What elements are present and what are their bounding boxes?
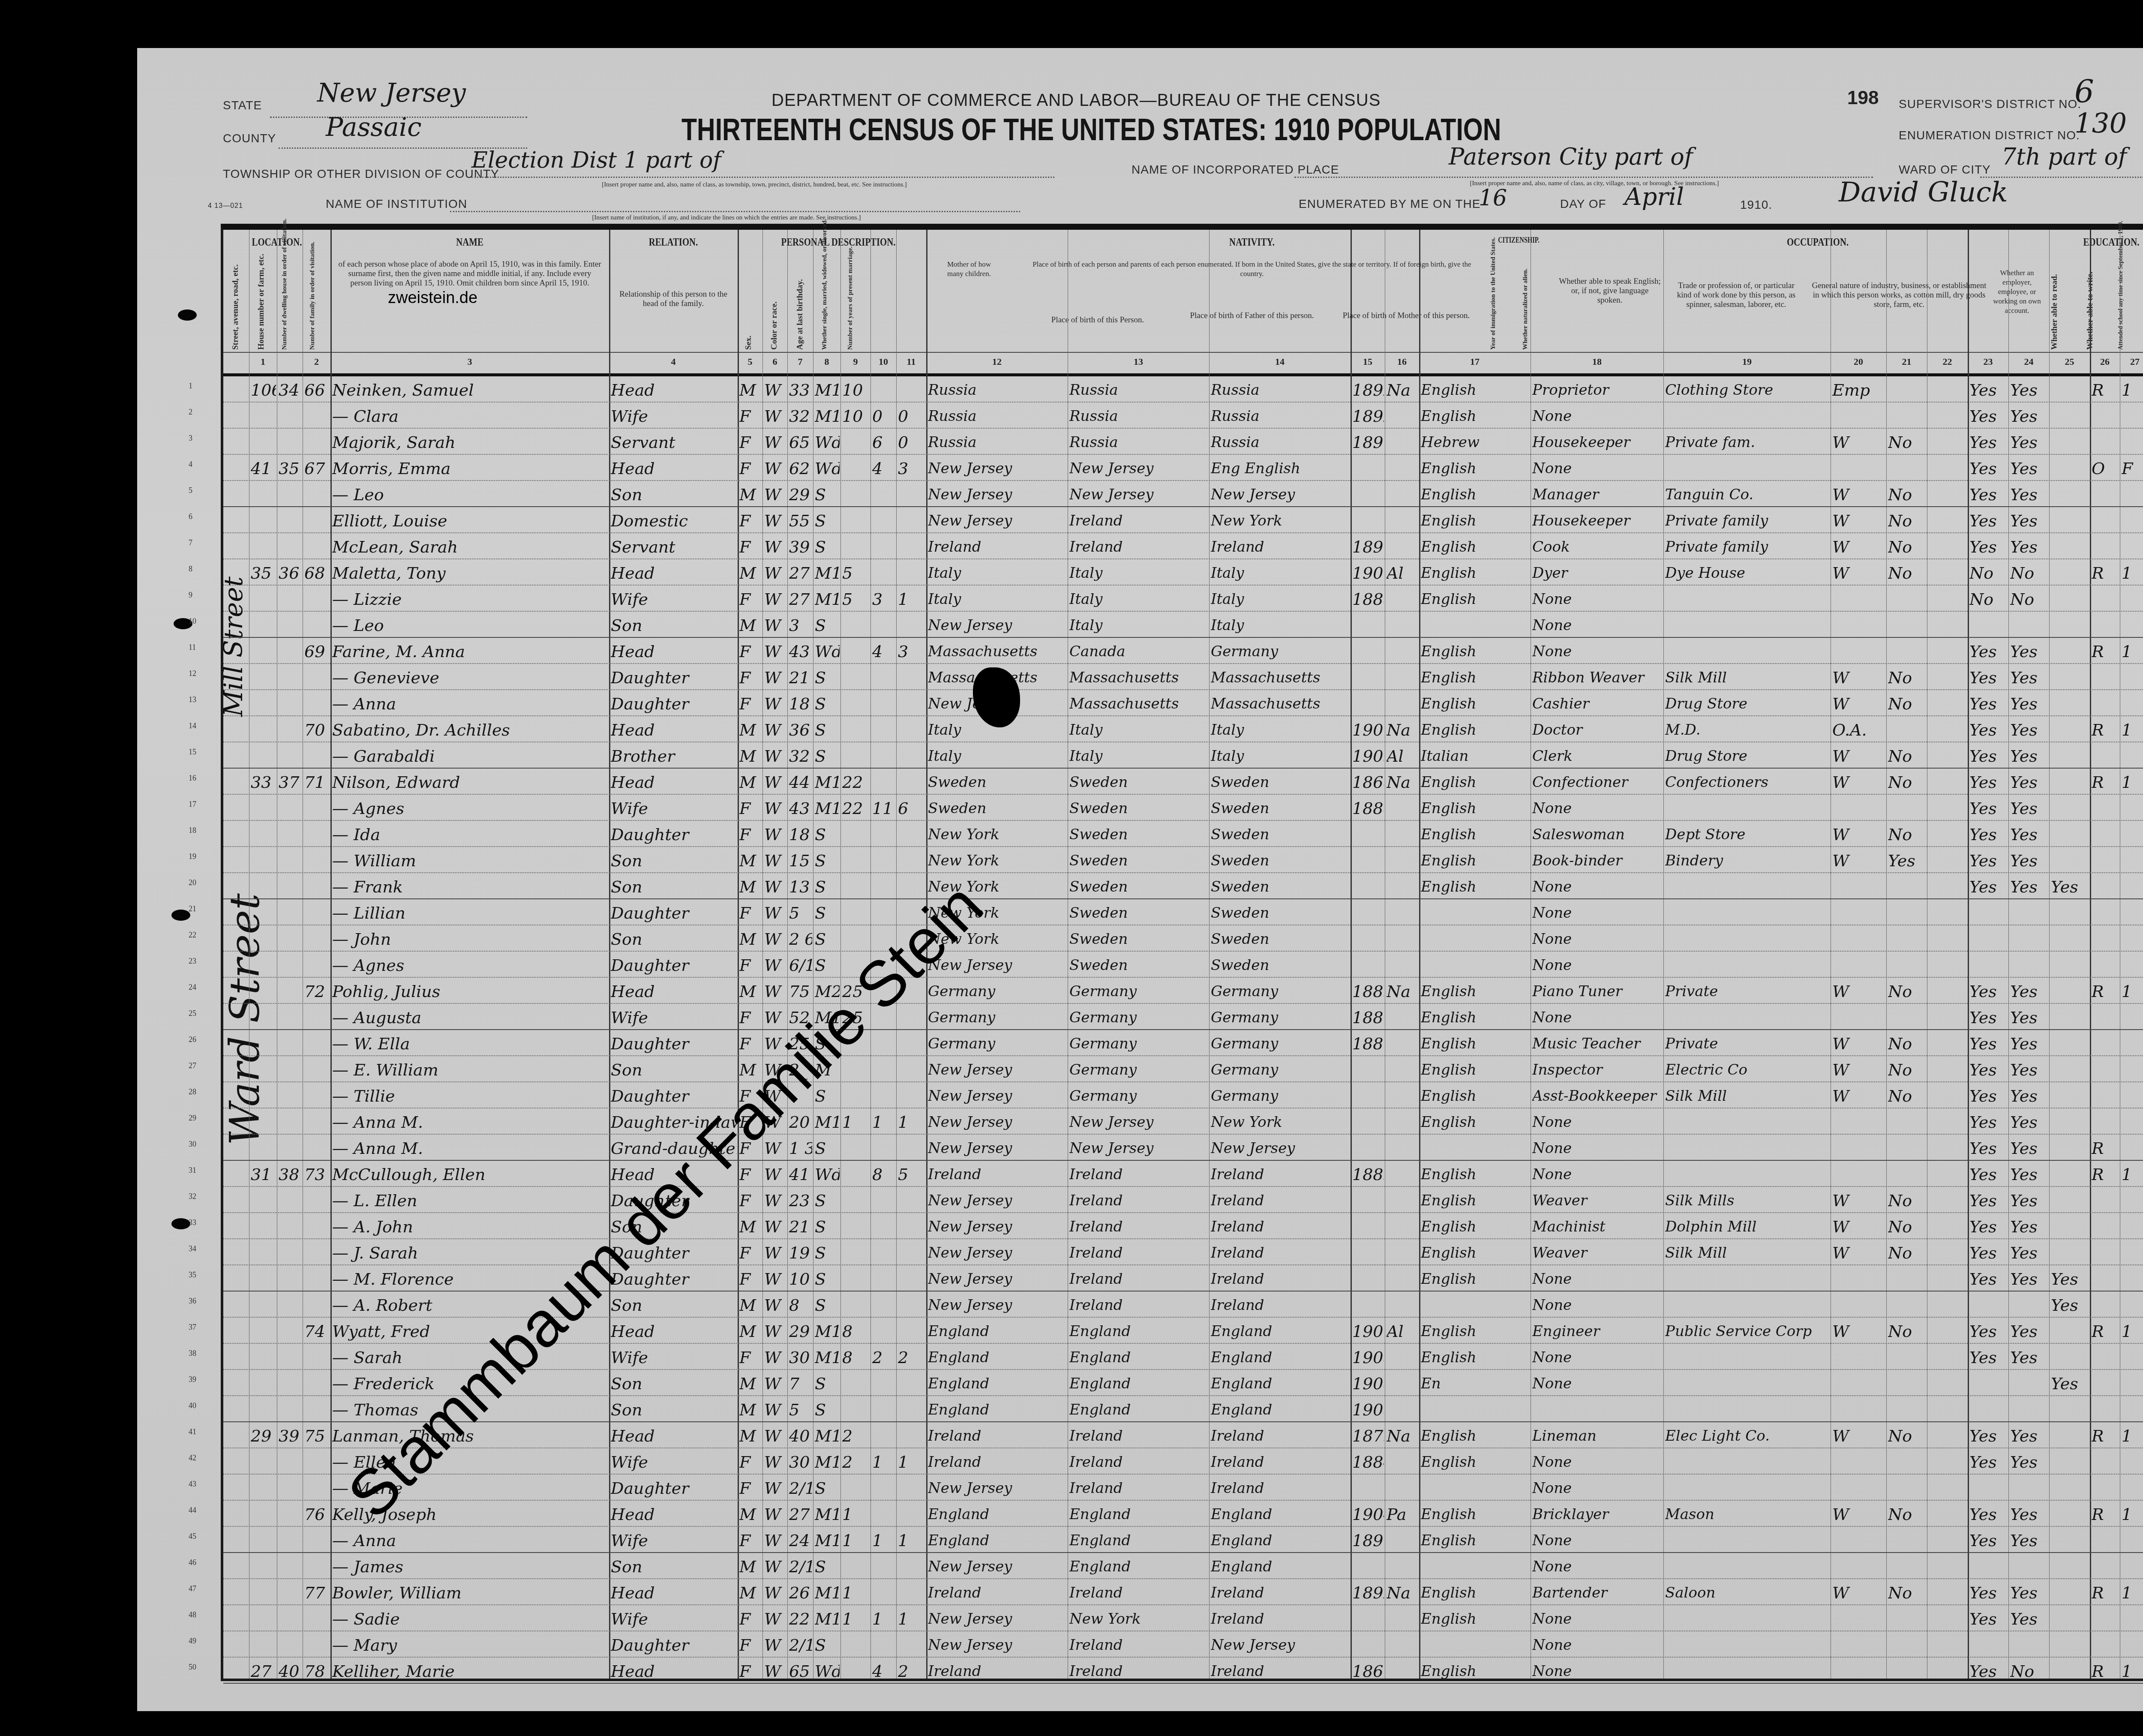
cell-nat [1387,823,1418,847]
cell-years-married: 10 [842,378,870,402]
cell-relation: Head [611,1581,737,1605]
cell-school [2051,849,2089,873]
cell-name: — L. Ellen [332,1189,608,1213]
header-read: Whether able to read. [2050,264,2059,350]
cell-pob-mother: Germany [1211,1084,1350,1108]
cell-sex: M [739,1293,762,1317]
cell-house [251,1215,276,1239]
column-number: 23 [1968,356,2008,367]
cell-age: 8 [789,1293,812,1317]
left-line-number: 16 [189,774,196,783]
cell-family [304,1084,330,1108]
cell-family [304,1346,330,1370]
cell-out: No [1888,666,1926,690]
cell-dwelling [279,587,302,611]
cell-pob-father: New Jersey [1069,457,1208,481]
cell-industry: Dye House [1665,561,1830,585]
cell-race: W [764,404,786,428]
cell-sex: F [739,535,762,559]
cell-pob: Ireland [928,1450,1067,1474]
cell-dwelling [279,1476,302,1500]
cell-house [251,875,276,899]
cell-nat [1387,953,1418,977]
cell-free: 1 [2122,1659,2143,1683]
cell-dwelling [279,509,302,533]
cell-family [304,1607,330,1631]
cell-years-married: 5 [842,587,870,611]
cell-born [872,1581,895,1605]
cell-age: 43 [789,796,812,820]
cell-immig [1352,1267,1384,1291]
cell-pob-father: Italy [1069,561,1208,585]
cell-english: English [1421,1058,1530,1082]
left-line-number: 14 [189,721,196,730]
left-line-number: 5 [189,486,192,495]
cell-living: 6 [898,796,925,820]
cell-nat [1387,509,1418,533]
cell-write: Yes [2010,1529,2048,1553]
left-line-number: 49 [189,1637,196,1646]
cell-trade: Machinist [1532,1215,1663,1239]
cell-school [2051,1032,2089,1056]
cell-free [2122,483,2143,507]
cell-read: Yes [1969,666,2008,690]
cell-out [1888,1633,1926,1657]
cell-family: 71 [304,770,330,794]
cell-free: 1 [2122,1424,2143,1448]
state-value: New Jersey [317,78,466,108]
cell-relation: Head [611,1319,737,1343]
cell-name: Majorik, Sarah [332,430,608,454]
cell-sex: F [739,509,762,533]
cell-race: W [764,901,786,925]
cell-school [2051,1633,2089,1657]
cell-pob-father: Russia [1069,430,1208,454]
cell-own: R [2092,1424,2119,1448]
cell-born [872,378,895,402]
cell-immig: 1904 [1352,1502,1384,1526]
cell-industry: Silk Mills [1665,1189,1830,1213]
cell-relation: Daughter [611,953,737,977]
column-number: 7 [787,356,813,367]
cell-relation: Head [611,1659,737,1683]
cell-age: 3 [789,613,812,637]
cell-race: W [764,457,786,481]
cell-name: — Anna [332,692,608,716]
cell-nat [1387,1084,1418,1108]
header-mother-group: Mother of how many children. [943,260,995,279]
left-line-number: 42 [189,1454,196,1463]
column-number: 6 [762,356,787,367]
cell-pob-father: Ireland [1069,1267,1208,1291]
left-line-number: 17 [189,800,196,809]
cell-nat [1387,457,1418,481]
cell-pob-mother: England [1211,1372,1350,1396]
cell-race: W [764,640,786,664]
cell-trade: None [1532,796,1663,820]
cell-dwelling [279,1136,302,1160]
cell-write: Yes [2010,692,2048,716]
cell-name: McCullough, Ellen [332,1162,608,1186]
left-line-number: 26 [189,1035,196,1044]
cell-race: W [764,535,786,559]
cell-english: English [1421,483,1530,507]
cell-english: English [1421,796,1530,820]
cell-write: Yes [2010,1319,2048,1343]
cell-school [2051,483,2089,507]
left-line-number: 15 [189,748,196,757]
cell-free: 1 [2122,1319,2143,1343]
table-row: — Anna M.Grand-daughterFW1 3/12SNew Jers… [223,1134,2143,1162]
column-number: 2 [303,356,330,367]
cell-read [1969,953,2008,977]
cell-pob-father: Ireland [1069,1450,1208,1474]
cell-school [2051,1398,2089,1422]
cell-free [2122,1346,2143,1370]
cell-dwelling [279,483,302,507]
cell-family [304,1398,330,1422]
cell-marital: M1 [815,1319,840,1343]
cell-marital: M1 [815,587,840,611]
cell-out [1888,613,1926,637]
cell-weeks [1929,613,1967,637]
cell-nat [1387,587,1418,611]
cell-race: W [764,796,786,820]
cell-industry: Silk Mill [1665,666,1830,690]
cell-immig [1352,1189,1384,1213]
cell-name: — Garabaldi [332,744,608,768]
cell-house [251,587,276,611]
cell-read: Yes [1969,1058,2008,1082]
census-sheet: State New Jersey County Passaic Township… [137,48,2143,1711]
cell-marital: M1 [815,796,840,820]
cell-read: Yes [1969,979,2008,1003]
cell-out [1888,927,1926,951]
cell-trade: Asst-Bookkeeper [1532,1084,1663,1108]
cell-pob-father: Germany [1069,1006,1208,1030]
cell-dwelling [279,1502,302,1526]
cell-house [251,744,276,768]
cell-race: W [764,744,786,768]
cell-emp [1832,875,1885,899]
cell-write: Yes [2010,1607,2048,1631]
cell-trade: Cook [1532,535,1663,559]
cell-age: 40 [789,1424,812,1448]
punch-hole [171,1218,190,1229]
cell-weeks [1929,1110,1967,1134]
cell-dwelling [279,404,302,428]
cell-trade: None [1532,1006,1663,1030]
column-number: 15 [1351,356,1385,367]
cell-age: 44 [789,770,812,794]
table-row: 76Kelly, JosephHeadMW27M11EnglandEngland… [223,1500,2143,1528]
cell-relation: Wife [611,1607,737,1631]
cell-school [2051,796,2089,820]
cell-industry: Drug Store [1665,744,1830,768]
cell-english: English [1421,1189,1530,1213]
cell-industry [1665,457,1830,481]
cell-out: No [1888,1058,1926,1082]
cell-nat [1387,901,1418,925]
header-relation: Relationship of this person to the head … [613,290,733,309]
cell-own [2092,483,2119,507]
cell-house: 33 [251,770,276,794]
cell-emp: W [1832,823,1885,847]
cell-immig [1352,1607,1384,1631]
cell-pob-father: Sweden [1069,849,1208,873]
cell-relation: Daughter [611,1032,737,1056]
cell-out: No [1888,1424,1926,1448]
cell-relation: Daughter [611,692,737,716]
cell-weeks [1929,1555,1967,1579]
cell-marital: S [815,613,840,637]
cell-free: 1 [2122,718,2143,742]
cell-name: — Mary [332,1633,608,1657]
cell-own: R [2092,640,2119,664]
cell-family [304,875,330,899]
cell-english: English [1421,1424,1530,1448]
cell-sex: F [739,1450,762,1474]
cell-weeks [1929,1189,1967,1213]
cell-industry [1665,1529,1830,1553]
cell-pob-father: Italy [1069,587,1208,611]
cell-race: W [764,1581,786,1605]
cell-immig: 1907 [1352,1319,1384,1343]
cell-nat [1387,1032,1418,1056]
cell-living [898,1424,925,1448]
cell-industry: Drug Store [1665,692,1830,716]
cell-age: 2/12 [789,1633,812,1657]
cell-dwelling [279,849,302,873]
cell-emp [1832,1529,1885,1553]
cell-immig [1352,875,1384,899]
cell-school [2051,587,2089,611]
cell-years-married: 1 [842,1502,870,1526]
cell-read: Yes [1969,875,2008,899]
cell-name: Nilson, Edward [332,770,608,794]
cell-free [2122,927,2143,951]
cell-family [304,1006,330,1030]
cell-free [2122,1555,2143,1579]
cell-out [1888,1372,1926,1396]
cell-years-married: 22 [842,770,870,794]
cell-free [2122,1450,2143,1474]
table-row: — JamesSonMW2/12SNew JerseyEnglandEnglan… [223,1552,2143,1580]
cell-family [304,744,330,768]
cell-relation: Son [611,1398,737,1422]
cell-name: — Clara [332,404,608,428]
cell-sex: F [739,666,762,690]
cell-read: Yes [1969,404,2008,428]
cell-living [898,509,925,533]
cell-trade: Housekeeper [1532,430,1663,454]
cell-living: 1 [898,1110,925,1134]
table-row: — LillianDaughterFW5SNew YorkSwedenSwede… [223,898,2143,926]
cell-pob-father: England [1069,1555,1208,1579]
cell-years-married [842,1555,870,1579]
cell-emp [1832,613,1885,637]
cell-write: Yes [2010,378,2048,402]
cell-own [2092,823,2119,847]
cell-school [2051,953,2089,977]
cell-industry [1665,613,1830,637]
cell-weeks [1929,1450,1967,1474]
cell-pob-mother: New York [1211,1110,1350,1134]
cell-read [1969,927,2008,951]
cell-pob: Ireland [928,535,1067,559]
cell-marital: M1 [815,1607,840,1631]
cell-own [2092,1476,2119,1500]
cell-industry [1665,1162,1830,1186]
cell-immig [1352,1476,1384,1500]
cell-english: English [1421,378,1530,402]
cell-pob: New Jersey [928,1607,1067,1631]
cell-english: En [1421,1372,1530,1396]
cell-family: 78 [304,1659,330,1683]
cell-free [2122,1267,2143,1291]
cell-immig [1352,666,1384,690]
cell-pob-mother: New York [1211,509,1350,533]
cell-family [304,1241,330,1265]
cell-free [2122,613,2143,637]
cell-dwelling [279,1633,302,1657]
cell-pob: New Jersey [928,1084,1067,1108]
cell-sex: M [739,1319,762,1343]
cell-dwelling [279,1293,302,1317]
cell-dwelling [279,1215,302,1239]
cell-industry: Tanguin Co. [1665,483,1830,507]
cell-write [2010,1372,2048,1396]
cell-marital: S [815,1293,840,1317]
cell-immig [1352,457,1384,481]
cell-house [251,823,276,847]
cell-own [2092,744,2119,768]
cell-pob: Ireland [928,1581,1067,1605]
cell-living: 3 [898,457,925,481]
cell-free [2122,666,2143,690]
cell-age: 41 [789,1162,812,1186]
cell-sex: M [739,875,762,899]
cell-read: Yes [1969,823,2008,847]
cell-race: W [764,666,786,690]
cell-out: No [1888,744,1926,768]
cell-free [2122,849,2143,873]
cell-read: Yes [1969,535,2008,559]
cell-school [2051,1136,2089,1160]
cell-immig [1352,823,1384,847]
cell-immig [1352,692,1384,716]
cell-house [251,901,276,925]
cell-out [1888,718,1926,742]
cell-out [1888,1136,1926,1160]
cell-school [2051,718,2089,742]
cell-name: Elliott, Louise [332,509,608,533]
cell-free [2122,823,2143,847]
cell-family [304,1633,330,1657]
cell-pob: Ireland [928,1424,1067,1448]
cell-dwelling: 39 [279,1424,302,1448]
cell-dwelling [279,1058,302,1082]
cell-born [872,1293,895,1317]
cell-marital: S [815,1136,840,1160]
column-number: 21 [1886,356,1927,367]
cell-family [304,613,330,637]
cell-industry: Clothing Store [1665,378,1830,402]
cell-relation: Son [611,1372,737,1396]
table-row: — M. FlorenceDaughterFW10SNew JerseyIrel… [223,1264,2143,1292]
cell-pob-mother: Sweden [1211,770,1350,794]
left-line-number: 38 [189,1349,196,1358]
cell-pob-father: Ireland [1069,535,1208,559]
cell-dwelling [279,718,302,742]
cell-english: English [1421,1006,1530,1030]
column-number: 1 [249,356,277,367]
watermark-site: zweistein.de [388,289,477,307]
cell-born [872,692,895,716]
cell-nat: Na [1387,979,1418,1003]
cell-own [2092,849,2119,873]
cell-relation: Wife [611,587,737,611]
cell-family: 73 [304,1162,330,1186]
cell-sex: M [739,1398,762,1422]
cell-race: W [764,1633,786,1657]
cell-emp: W [1832,1241,1885,1265]
cell-nat [1387,927,1418,951]
cell-out [1888,587,1926,611]
cell-sex: M [739,744,762,768]
cell-house [251,1476,276,1500]
left-line-number: 40 [189,1401,196,1410]
cell-weeks [1929,927,1967,951]
cell-read [1969,901,2008,925]
cell-industry: Private [1665,979,1830,1003]
cell-weeks [1929,1084,1967,1108]
cell-immig: 1888 [1352,587,1384,611]
cell-pob-father: Ireland [1069,1293,1208,1317]
cell-race: W [764,483,786,507]
cell-dwelling [279,901,302,925]
cell-pob-father: England [1069,1398,1208,1422]
cell-out [1888,1659,1926,1683]
table-row: — W. EllaDaughterFW25SGermanyGermanyGerm… [223,1029,2143,1057]
cell-school [2051,1424,2089,1448]
cell-living: 0 [898,430,925,454]
cell-relation: Daughter [611,1476,737,1500]
cell-dwelling [279,875,302,899]
cell-pob-mother: Ireland [1211,1162,1350,1186]
cell-relation: Head [611,1424,737,1448]
cell-out: No [1888,979,1926,1003]
table-row: — EllenWifeFW30M1211IrelandIrelandIrelan… [223,1448,2143,1475]
cell-out [1888,457,1926,481]
cell-pob-mother: England [1211,1319,1350,1343]
cell-name: Pohlig, Julius [332,979,608,1003]
cell-pob-father: Massachusetts [1069,692,1208,716]
cell-english: English [1421,1267,1530,1291]
cell-emp: W [1832,979,1885,1003]
left-line-number: 4 [189,460,192,469]
cell-nat [1387,1189,1418,1213]
cell-school [2051,1476,2089,1500]
cell-nat [1387,666,1418,690]
cell-industry [1665,1659,1830,1683]
cell-living [898,1633,925,1657]
cell-pob-mother: Eng English [1211,457,1350,481]
cell-sex: M [739,378,762,402]
cell-race: W [764,770,786,794]
left-line-number: 48 [189,1610,196,1619]
cell-trade: None [1532,953,1663,977]
